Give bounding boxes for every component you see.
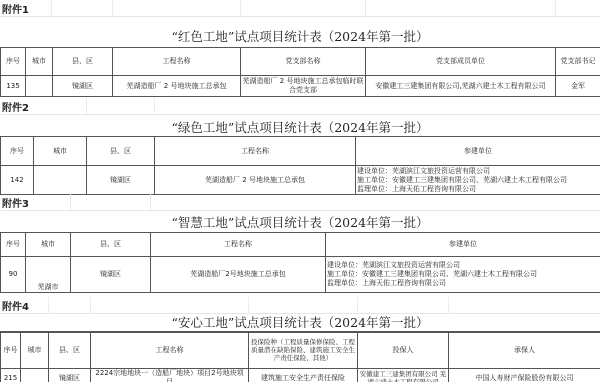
header-cell: 参建单位: [356, 137, 600, 166]
cell-index: 215: [1, 368, 21, 382]
annex-label: 附件1: [2, 1, 29, 16]
cell-branch: 芜湖造船厂 2 号地块施工总承包临时联合党支部: [241, 76, 366, 97]
participant-contractor: 施工单位：安徽建工三建集团有限公司、芜湖六建土木工程有限公司: [327, 270, 599, 279]
table-title-safe: “安心工地”试点项目统计表（2024年第一批）: [0, 313, 600, 331]
cell-index: 142: [1, 166, 34, 195]
header-cell: 党支部名称: [241, 48, 366, 76]
header-cell: 城市: [26, 48, 53, 76]
table-title-red: “红色工地”试点项目统计表（2024年第一批）: [0, 27, 600, 45]
participant-contractor: 施工单位：安徽建工三建集团有限公司、芜湖六建土木工程有限公司: [357, 176, 599, 185]
table-title-green: “绿色工地”试点项目统计表（2024年第一批）: [0, 118, 600, 136]
header-cell: 工程名称: [91, 332, 249, 368]
header-cell: 工程名称: [151, 233, 326, 257]
header-cell: 县、区: [49, 332, 91, 368]
table-row: 135 镜湖区 芜湖造船厂 2 号地块施工总承包 芜湖造船厂 2 号地块施工总承…: [1, 76, 600, 97]
table-title-smart: “智慧工地”试点项目统计表（2024年第一批）: [0, 213, 600, 231]
header-cell: 城市: [26, 233, 71, 257]
cell-index: 90: [1, 257, 26, 293]
cell-participants: 建设单位：芜湖滨江文旅投资运营有限公司 施工单位：安徽建工三建集团有限公司、芜湖…: [356, 166, 600, 195]
participant-supervisor: 监理单位：上海天佑工程咨询有限公司: [357, 185, 599, 194]
header-cell: 承保人: [449, 332, 600, 368]
cell-district: 镜湖区: [49, 368, 91, 382]
annex-row-3: 附件3: [0, 194, 600, 211]
header-row: 序号 城市 县、区 工程名称 参建单位: [1, 233, 600, 257]
header-row: 序号 城市 县、区 工程名称 参建单位: [1, 137, 600, 166]
safe-site-table: 序号 城市 县、区 工程名称 投保险种（工程质量保修保险、工程质量潜在缺陷保险、…: [0, 331, 600, 382]
red-site-table: 序号 城市 县、区 工程名称 党支部名称 党支部成员单位 党支部书记 135 镜…: [0, 47, 600, 97]
cell-members: 安徽建工三建集团有限公司,芜湖六建土木工程有限公司: [366, 76, 556, 97]
header-cell: 工程名称: [113, 48, 241, 76]
header-cell: 序号: [1, 48, 26, 76]
header-cell: 参建单位: [326, 233, 600, 257]
header-cell: 工程名称: [155, 137, 356, 166]
header-cell: 投保险种（工程质量保修保险、工程质量潜在缺陷保险、建筑施工安全生产责任保险、其他…: [249, 332, 358, 368]
cell-insurance-type: 建筑施工安全生产责任保险: [249, 368, 358, 382]
cell-project: 芜湖造船厂 2 号地块施工总承包: [155, 166, 356, 195]
header-cell: 县、区: [71, 233, 151, 257]
participant-owner: 建设单位：芜湖滨江文旅投资运营有限公司: [357, 167, 599, 176]
header-cell: 县、区: [87, 137, 155, 166]
header-cell: 城市: [34, 137, 87, 166]
cell-city: [34, 166, 87, 195]
participant-owner: 建设单位：芜湖滨江文旅投资运营有限公司: [327, 261, 599, 270]
cell-index: 135: [1, 76, 26, 97]
annex-label: 附件3: [2, 195, 29, 210]
smart-site-table: 序号 城市 县、区 工程名称 参建单位 90 芜湖市 镜湖区 芜湖造船厂2号地块…: [0, 232, 600, 293]
header-cell: 党支部成员单位: [366, 48, 556, 76]
header-cell: 投保人: [358, 332, 449, 368]
cell-project: 芜湖造船厂 2 号地块施工总承包: [113, 76, 241, 97]
header-cell: 城市: [21, 332, 49, 368]
cell-secretary: 金军: [556, 76, 600, 97]
cell-city: 芜湖市: [26, 257, 71, 293]
header-cell: 县、区: [53, 48, 113, 76]
cell-policyholder: 安徽建工三建集团有限公司 芜湖六建土木工程有限公司: [358, 368, 449, 382]
cell-insurer: 中国人寿财产保险股份有限公司: [449, 368, 600, 382]
cell-project: 芜湖造船厂2号地块施工总承包: [151, 257, 326, 293]
green-site-table: 序号 城市 县、区 工程名称 参建单位 142 镜湖区 芜湖造船厂 2 号地块施…: [0, 136, 600, 195]
annex-label: 附件4: [2, 298, 29, 313]
table-row: 142 镜湖区 芜湖造船厂 2 号地块施工总承包 建设单位：芜湖滨江文旅投资运营…: [1, 166, 600, 195]
cell-district: 镜湖区: [71, 257, 151, 293]
cell-city: [21, 368, 49, 382]
header-row: 序号 城市 县、区 工程名称 党支部名称 党支部成员单位 党支部书记: [1, 48, 600, 76]
annex-row-1: 附件1: [0, 0, 600, 17]
header-cell: 党支部书记: [556, 48, 600, 76]
header-cell: 序号: [1, 137, 34, 166]
annex-row-4: 附件4: [0, 297, 600, 314]
header-cell: 序号: [1, 233, 26, 257]
participant-supervisor: 监理单位：上海天佑工程咨询有限公司: [327, 279, 599, 288]
annex-label: 附件2: [2, 99, 29, 114]
annex-row-2: 附件2: [0, 98, 600, 115]
table-row: 90 芜湖市 镜湖区 芜湖造船厂2号地块施工总承包 建设单位：芜湖滨江文旅投资运…: [1, 257, 600, 293]
header-cell: 序号: [1, 332, 21, 368]
table-row: 215 镜湖区 2224宗地地块一（造船厂地块）项目2号地块项目 建筑施工安全生…: [1, 368, 600, 382]
cell-project: 2224宗地地块一（造船厂地块）项目2号地块项目: [91, 368, 249, 382]
cell-district: 镜湖区: [53, 76, 113, 97]
cell-city: [26, 76, 53, 97]
cell-participants: 建设单位：芜湖滨江文旅投资运营有限公司 施工单位：安徽建工三建集团有限公司、芜湖…: [326, 257, 600, 293]
cell-district: 镜湖区: [87, 166, 155, 195]
header-row: 序号 城市 县、区 工程名称 投保险种（工程质量保修保险、工程质量潜在缺陷保险、…: [1, 332, 600, 368]
